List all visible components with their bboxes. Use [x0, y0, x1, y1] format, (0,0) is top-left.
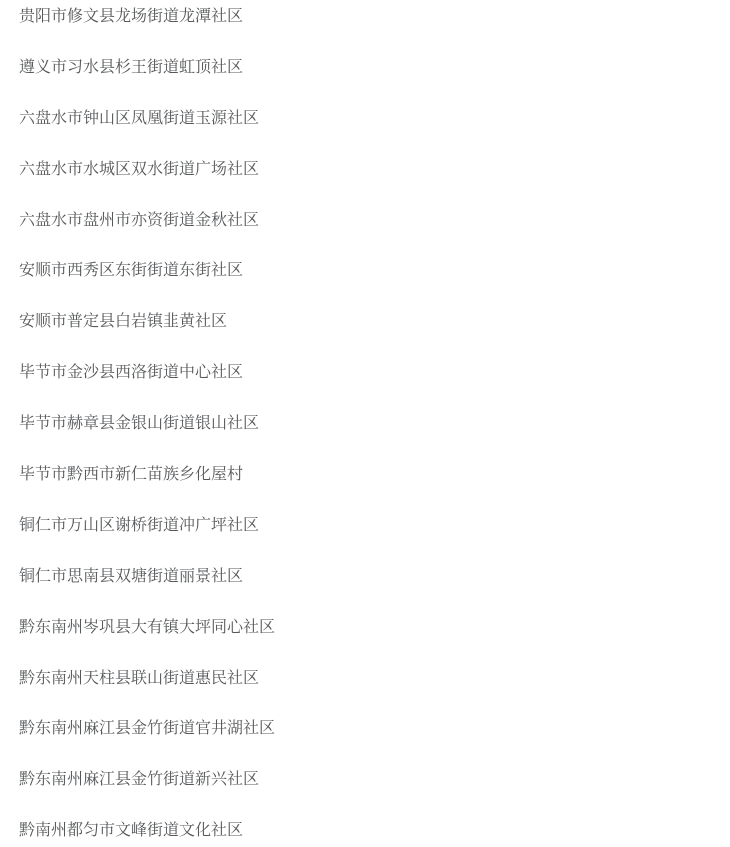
list-item: 黔东南州麻江县金竹街道官井湖社区: [19, 720, 730, 736]
list-item: 黔南州都匀市文峰街道文化社区: [19, 822, 730, 838]
list-item: 贵阳市修文县龙场街道龙潭社区: [19, 8, 730, 24]
community-list: 贵阳市修文县龙场街道龙潭社区遵义市习水县杉王街道虹顶社区六盘水市钟山区凤凰街道玉…: [0, 0, 730, 838]
list-item: 安顺市西秀区东街街道东街社区: [19, 262, 730, 278]
list-item: 铜仁市思南县双塘街道丽景社区: [19, 568, 730, 584]
list-item: 毕节市赫章县金银山街道银山社区: [19, 415, 730, 431]
list-item: 六盘水市钟山区凤凰街道玉源社区: [19, 110, 730, 126]
list-item: 六盘水市盘州市亦资街道金秋社区: [19, 212, 730, 228]
list-item: 铜仁市万山区谢桥街道冲广坪社区: [19, 517, 730, 533]
list-item: 黔东南州岑巩县大有镇大坪同心社区: [19, 619, 730, 635]
list-item: 遵义市习水县杉王街道虹顶社区: [19, 59, 730, 75]
list-item: 毕节市金沙县西洛街道中心社区: [19, 364, 730, 380]
list-item: 黔东南州天柱县联山街道惠民社区: [19, 670, 730, 686]
list-item: 六盘水市水城区双水街道广场社区: [19, 161, 730, 177]
list-item: 毕节市黔西市新仁苗族乡化屋村: [19, 466, 730, 482]
list-item: 黔东南州麻江县金竹街道新兴社区: [19, 771, 730, 787]
list-item: 安顺市普定县白岩镇韭黄社区: [19, 313, 730, 329]
